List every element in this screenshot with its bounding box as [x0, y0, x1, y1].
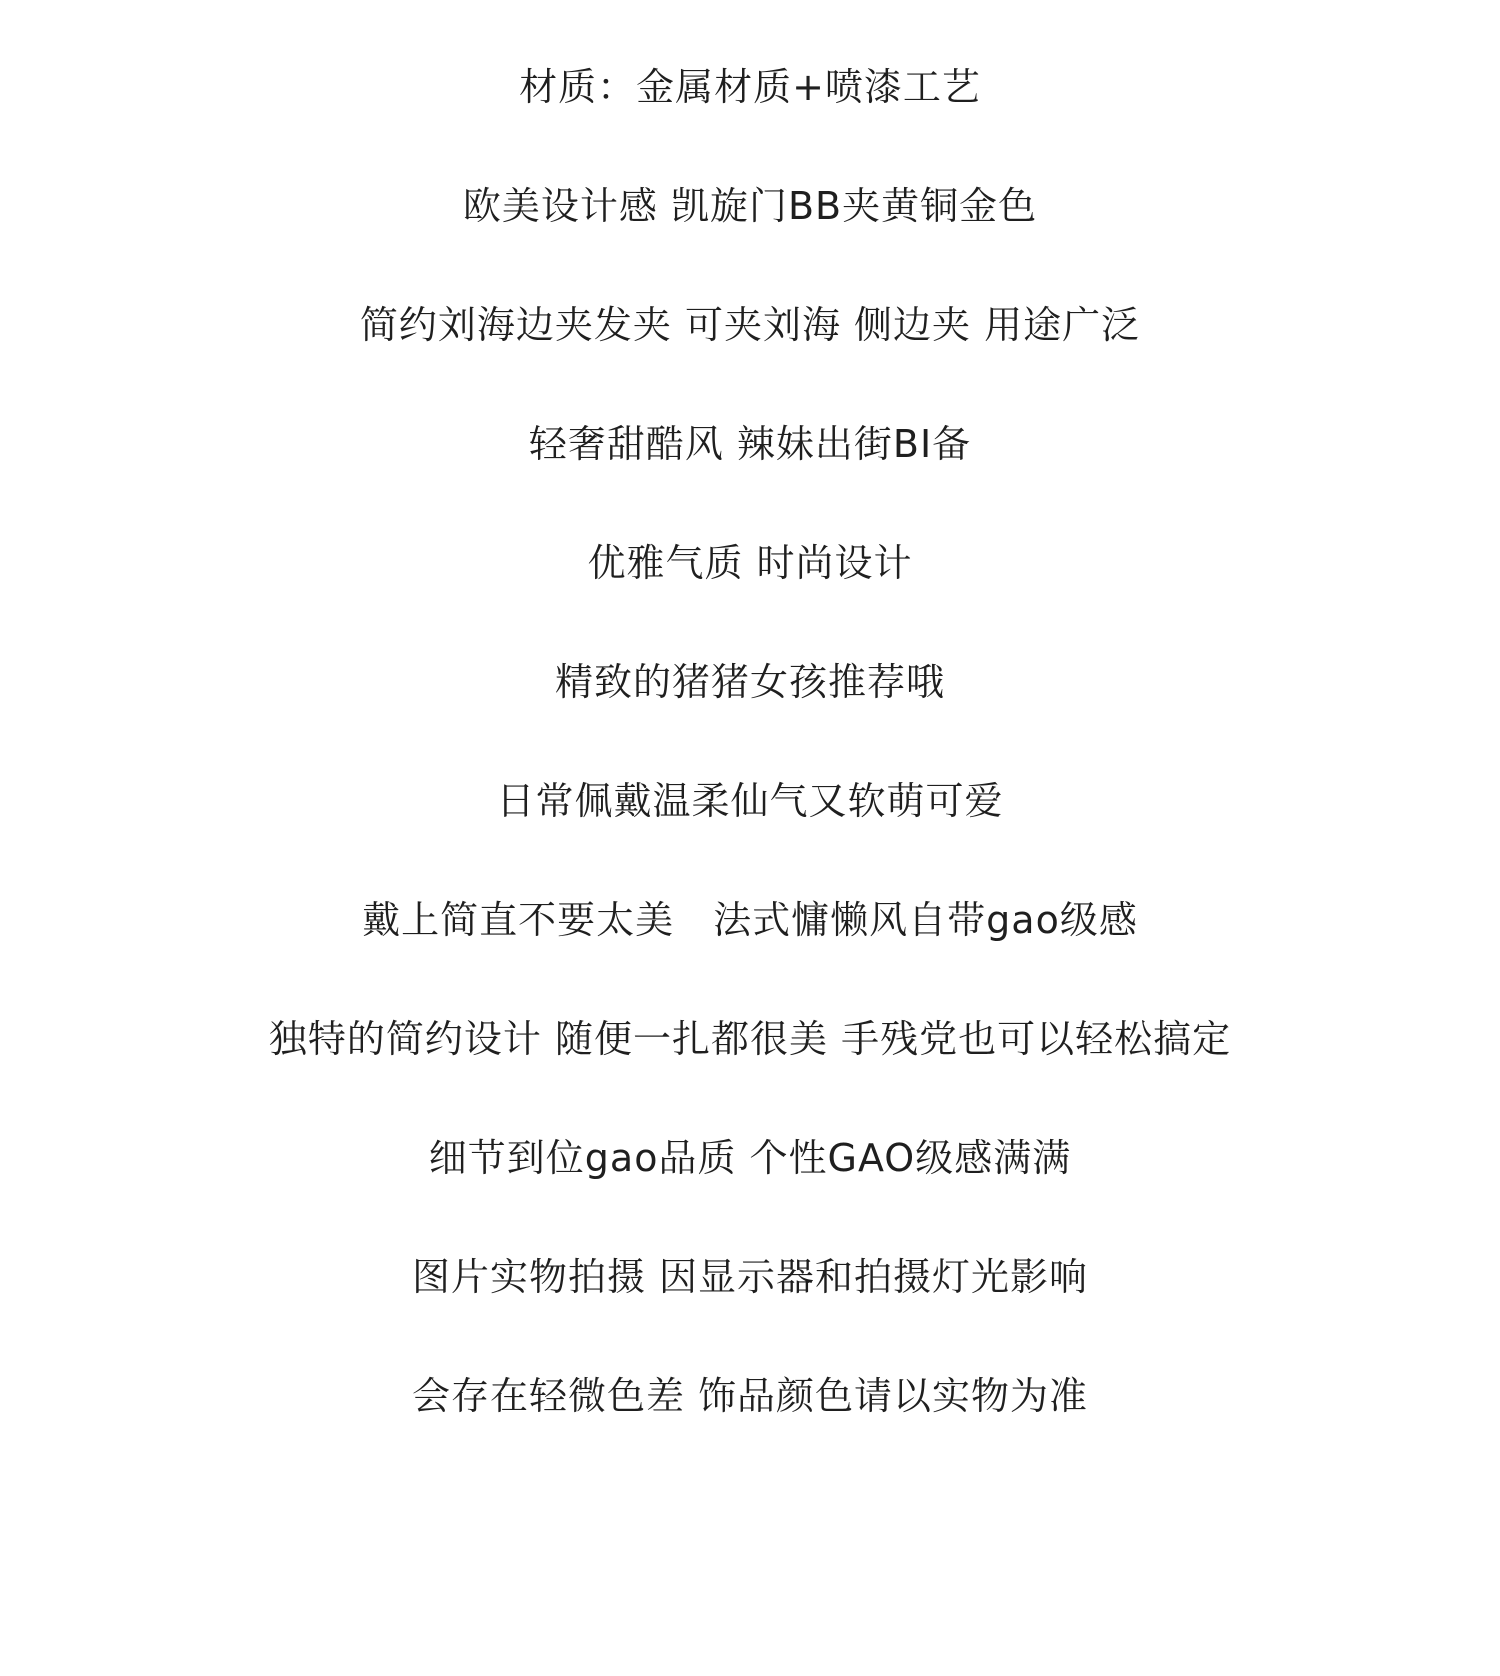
description-line-trend: 轻奢甜酷风 辣妹出街BI备 — [0, 385, 1500, 504]
description-line-style: 欧美设计感 凯旋门BB夹黄铜金色 — [0, 147, 1500, 266]
description-line-daily-wear: 日常佩戴温柔仙气又软萌可爱 — [0, 742, 1500, 861]
description-line-photo-note: 图片实物拍摄 因显示器和拍摄灯光影响 — [0, 1218, 1500, 1337]
description-text-block: 材质：金属材质+喷漆工艺 欧美设计感 凯旋门BB夹黄铜金色 简约刘海边夹发夹 可… — [0, 0, 1500, 1456]
description-line-elegant: 优雅气质 时尚设计 — [0, 504, 1500, 623]
description-line-color-disclaimer: 会存在轻微色差 饰品颜色请以实物为准 — [0, 1337, 1500, 1456]
description-line-usage: 简约刘海边夹发夹 可夹刘海 侧边夹 用途广泛 — [0, 266, 1500, 385]
description-line-recommend: 精致的猪猪女孩推荐哦 — [0, 623, 1500, 742]
product-description-page: 材质：金属材质+喷漆工艺 欧美设计感 凯旋门BB夹黄铜金色 简约刘海边夹发夹 可… — [0, 0, 1500, 1676]
description-line-material: 材质：金属材质+喷漆工艺 — [0, 28, 1500, 147]
description-line-easy-style: 独特的简约设计 随便一扎都很美 手残党也可以轻松搞定 — [0, 980, 1500, 1099]
description-line-french-style: 戴上简直不要太美 法式慵懒风自带gao级感 — [0, 861, 1500, 980]
description-line-quality: 细节到位gao品质 个性GAO级感满满 — [0, 1099, 1500, 1218]
